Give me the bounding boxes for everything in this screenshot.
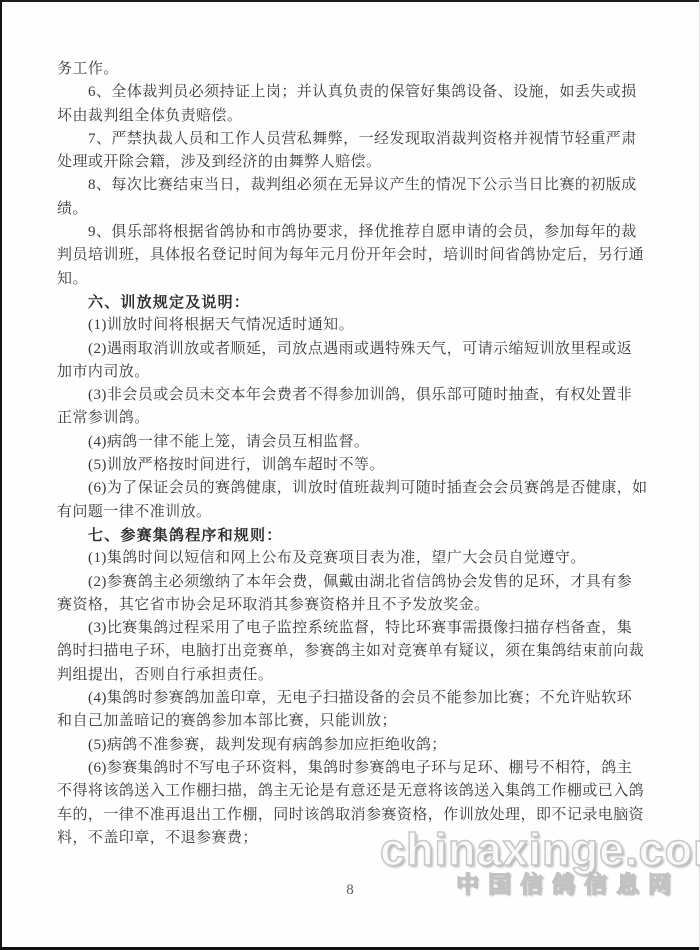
section-heading: 七、参赛集鸽程序和规则： (57, 524, 657, 547)
doc-line: 8、每次比赛结束当日，裁判组必须在无异议产生的情况下公示当日比赛的初版成 (57, 174, 657, 197)
doc-line: (4)病鸽一律不能上笼，请会员互相监督。 (57, 431, 657, 454)
doc-line: (2)遇雨取消训放或者顺延，司放点遇雨或遇特殊天气，可请示缩短训放里程或返 (57, 338, 657, 361)
document-body: 务工作。 6、全体裁判员必须持证上岗；并认真负责的保管好集鸽设备、设施，如丢失或… (57, 58, 657, 850)
doc-line: 不得将该鸽送入工作棚扫描，鸽主无论是有意还是无意将该鸽送入集鸽工作棚或已入鸽 (57, 780, 657, 803)
doc-line: 处理或开除会籍，涉及到经济的由舞弊人赔偿。 (57, 151, 657, 174)
doc-line: (5)训放严格按时间进行，训鸽车超时不等。 (57, 454, 657, 477)
doc-line: (2)参赛鸽主必须缴纳了本年会费，佩戴由湖北省信鸽协会发售的足环，才具有参 (57, 571, 657, 594)
doc-line: 坏由裁判组全体负责赔偿。 (57, 105, 657, 128)
doc-line: (6)参赛集鸽时不写电子环资料，集鸽时参赛鸽电子环与足环、棚号不相符，鸽主 (57, 757, 657, 780)
doc-line: 知。 (57, 268, 657, 291)
doc-line: 7、严禁执裁人员和工作人员营私舞弊，一经发现取消裁判资格并视情节轻重严肃 (57, 128, 657, 151)
scan-edge-left (0, 0, 2, 950)
doc-line: 和自己加盖暗记的赛鸽参加本部比赛，只能训放； (57, 710, 657, 733)
doc-line: (3)比赛集鸽过程采用了电子监控系统监督，特比环赛事需摄像扫描存档备查，集 (57, 617, 657, 640)
doc-line: 务工作。 (57, 58, 657, 81)
doc-line: 赛资格，其它省市协会足环取消其参赛资格并且不予发放奖金。 (57, 594, 657, 617)
doc-line: 判员培训班，具体报名登记时间为每年元月份开年会时，培训时间省鸽协定后，另行通 (57, 244, 657, 267)
document-page: 务工作。 6、全体裁判员必须持证上岗；并认真负责的保管好集鸽设备、设施，如丢失或… (0, 0, 700, 950)
doc-line: 正常参训鸽。 (57, 407, 657, 430)
doc-line: 绩。 (57, 198, 657, 221)
doc-line: (1)集鸽时间以短信和网上公布及竞赛项目表为准，望广大会员自觉遵守。 (57, 547, 657, 570)
doc-line: (3)非会员或会员未交本年会费者不得参加训鸽，俱乐部可随时抽查，有权处置非 (57, 384, 657, 407)
page-number: 8 (0, 882, 700, 899)
scan-edge-top (0, 0, 700, 2)
doc-line: (5)病鸽不准参赛，裁判发现有病鸽参加应拒绝收鸽； (57, 734, 657, 757)
doc-line: 9、俱乐部将根据省鸽协和市鸽协要求，择优推荐自愿申请的会员，参加每年的裁 (57, 221, 657, 244)
doc-line: 加市内司放。 (57, 361, 657, 384)
section-heading: 六、训放规定及说明： (57, 291, 657, 314)
doc-line: (6)为了保证会员的赛鸽健康，训放时值班裁判可随时插查会会员赛鸽是否健康，如 (57, 477, 657, 500)
doc-line: (1)训放时间将根据天气情况适时通知。 (57, 314, 657, 337)
doc-line: 鸽时扫描电子环，电脑打出竞赛单，参赛鸽主如对竞赛单有疑议，须在集鸽结束前向裁 (57, 640, 657, 663)
doc-line: 判组提出，否则自行承担责任。 (57, 664, 657, 687)
doc-line: 6、全体裁判员必须持证上岗；并认真负责的保管好集鸽设备、设施，如丢失或损 (57, 81, 657, 104)
doc-line: (4)集鸽时参赛鸽加盖印章，无电子扫描设备的会员不能参加比赛；不允许贴软环 (57, 687, 657, 710)
doc-line: 有问题一律不准训放。 (57, 501, 657, 524)
